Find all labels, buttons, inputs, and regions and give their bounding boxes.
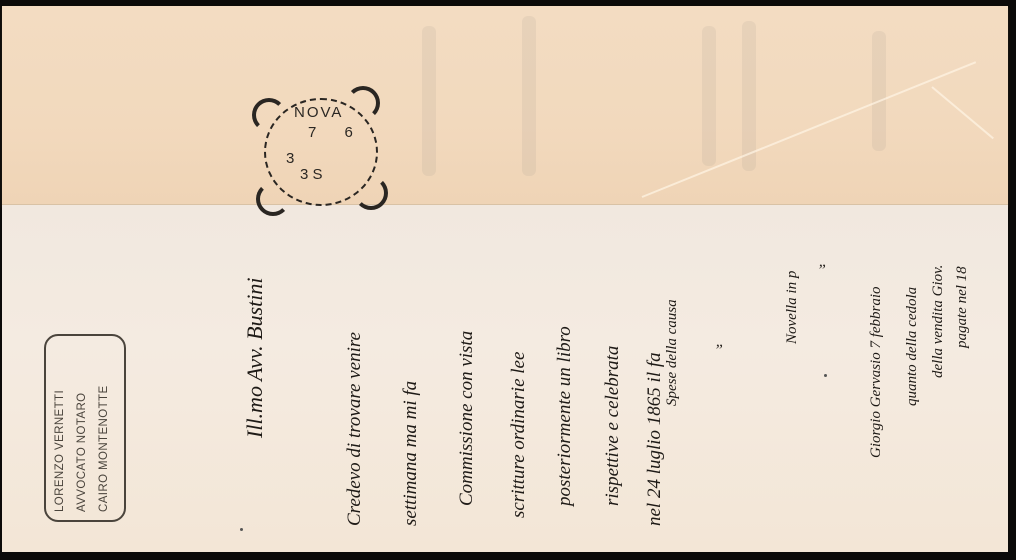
paper-crease [642,61,977,198]
handwriting-line-7: nel 24 luglio 1865 il fa [644,352,666,526]
handwriting-line-1: Credevo di trovare venire [344,332,366,526]
postmark-bars [354,176,388,210]
handwriting-line-4: scritture ordinarie lee [508,352,530,518]
right-block-line-3: della vendita Giov. [930,265,947,378]
postmark: NOVA 7 6 3 3 S [258,94,380,202]
ink-speck [824,374,827,377]
postmark-bars [346,86,380,120]
folded-letter: NOVA 7 6 3 3 S LORENZO VERNETTI AVVOCATO… [2,6,1008,552]
ink-speck [240,528,243,531]
ditto-mark: ” [817,262,826,280]
right-block-header: Novella in p [784,271,801,344]
postmark-bars [252,98,286,132]
notary-name: LORENZO VERNETTI [54,390,66,512]
right-block-line-4: pagate nel 18 [954,266,971,348]
notary-handstamp: LORENZO VERNETTI AVVOCATO NOTARO CAIRO M… [44,334,126,522]
handwriting-line-5: posteriormente un libro [554,326,576,506]
bleed-through-text [422,26,436,176]
postmark-town: NOVA [294,104,343,121]
postmark-left-number: 3 [286,150,294,167]
letter-top-flap [2,6,1008,205]
bleed-through-text [702,26,716,166]
ditto-mark: ” [714,342,723,360]
letter-body-panel [2,205,1008,552]
notary-town: CAIRO MONTENOTTE [98,385,110,512]
bleed-through-text [742,21,756,171]
handwriting-line-3: Commissione con vista [456,331,478,506]
handwriting-line-8: Spese della causa [664,299,681,406]
right-block-line-2: quanto della cedola [904,287,921,406]
postmark-day: 7 6 [308,124,365,141]
notary-title: AVVOCATO NOTARO [76,392,88,512]
postmark-bars [256,182,290,216]
bleed-through-text [872,31,886,151]
handwriting-line-2: settimana ma mi fa [400,381,422,526]
bleed-through-text [522,16,536,176]
postmark-bottom: 3 S [300,166,323,183]
right-block-line-1: Giorgio Gervasio 7 febbraio [868,286,885,458]
paper-crease [931,86,994,139]
salutation: Ill.mo Avv. Bustini [242,278,268,439]
handwriting-line-6: rispettive e celebrata [602,346,624,506]
